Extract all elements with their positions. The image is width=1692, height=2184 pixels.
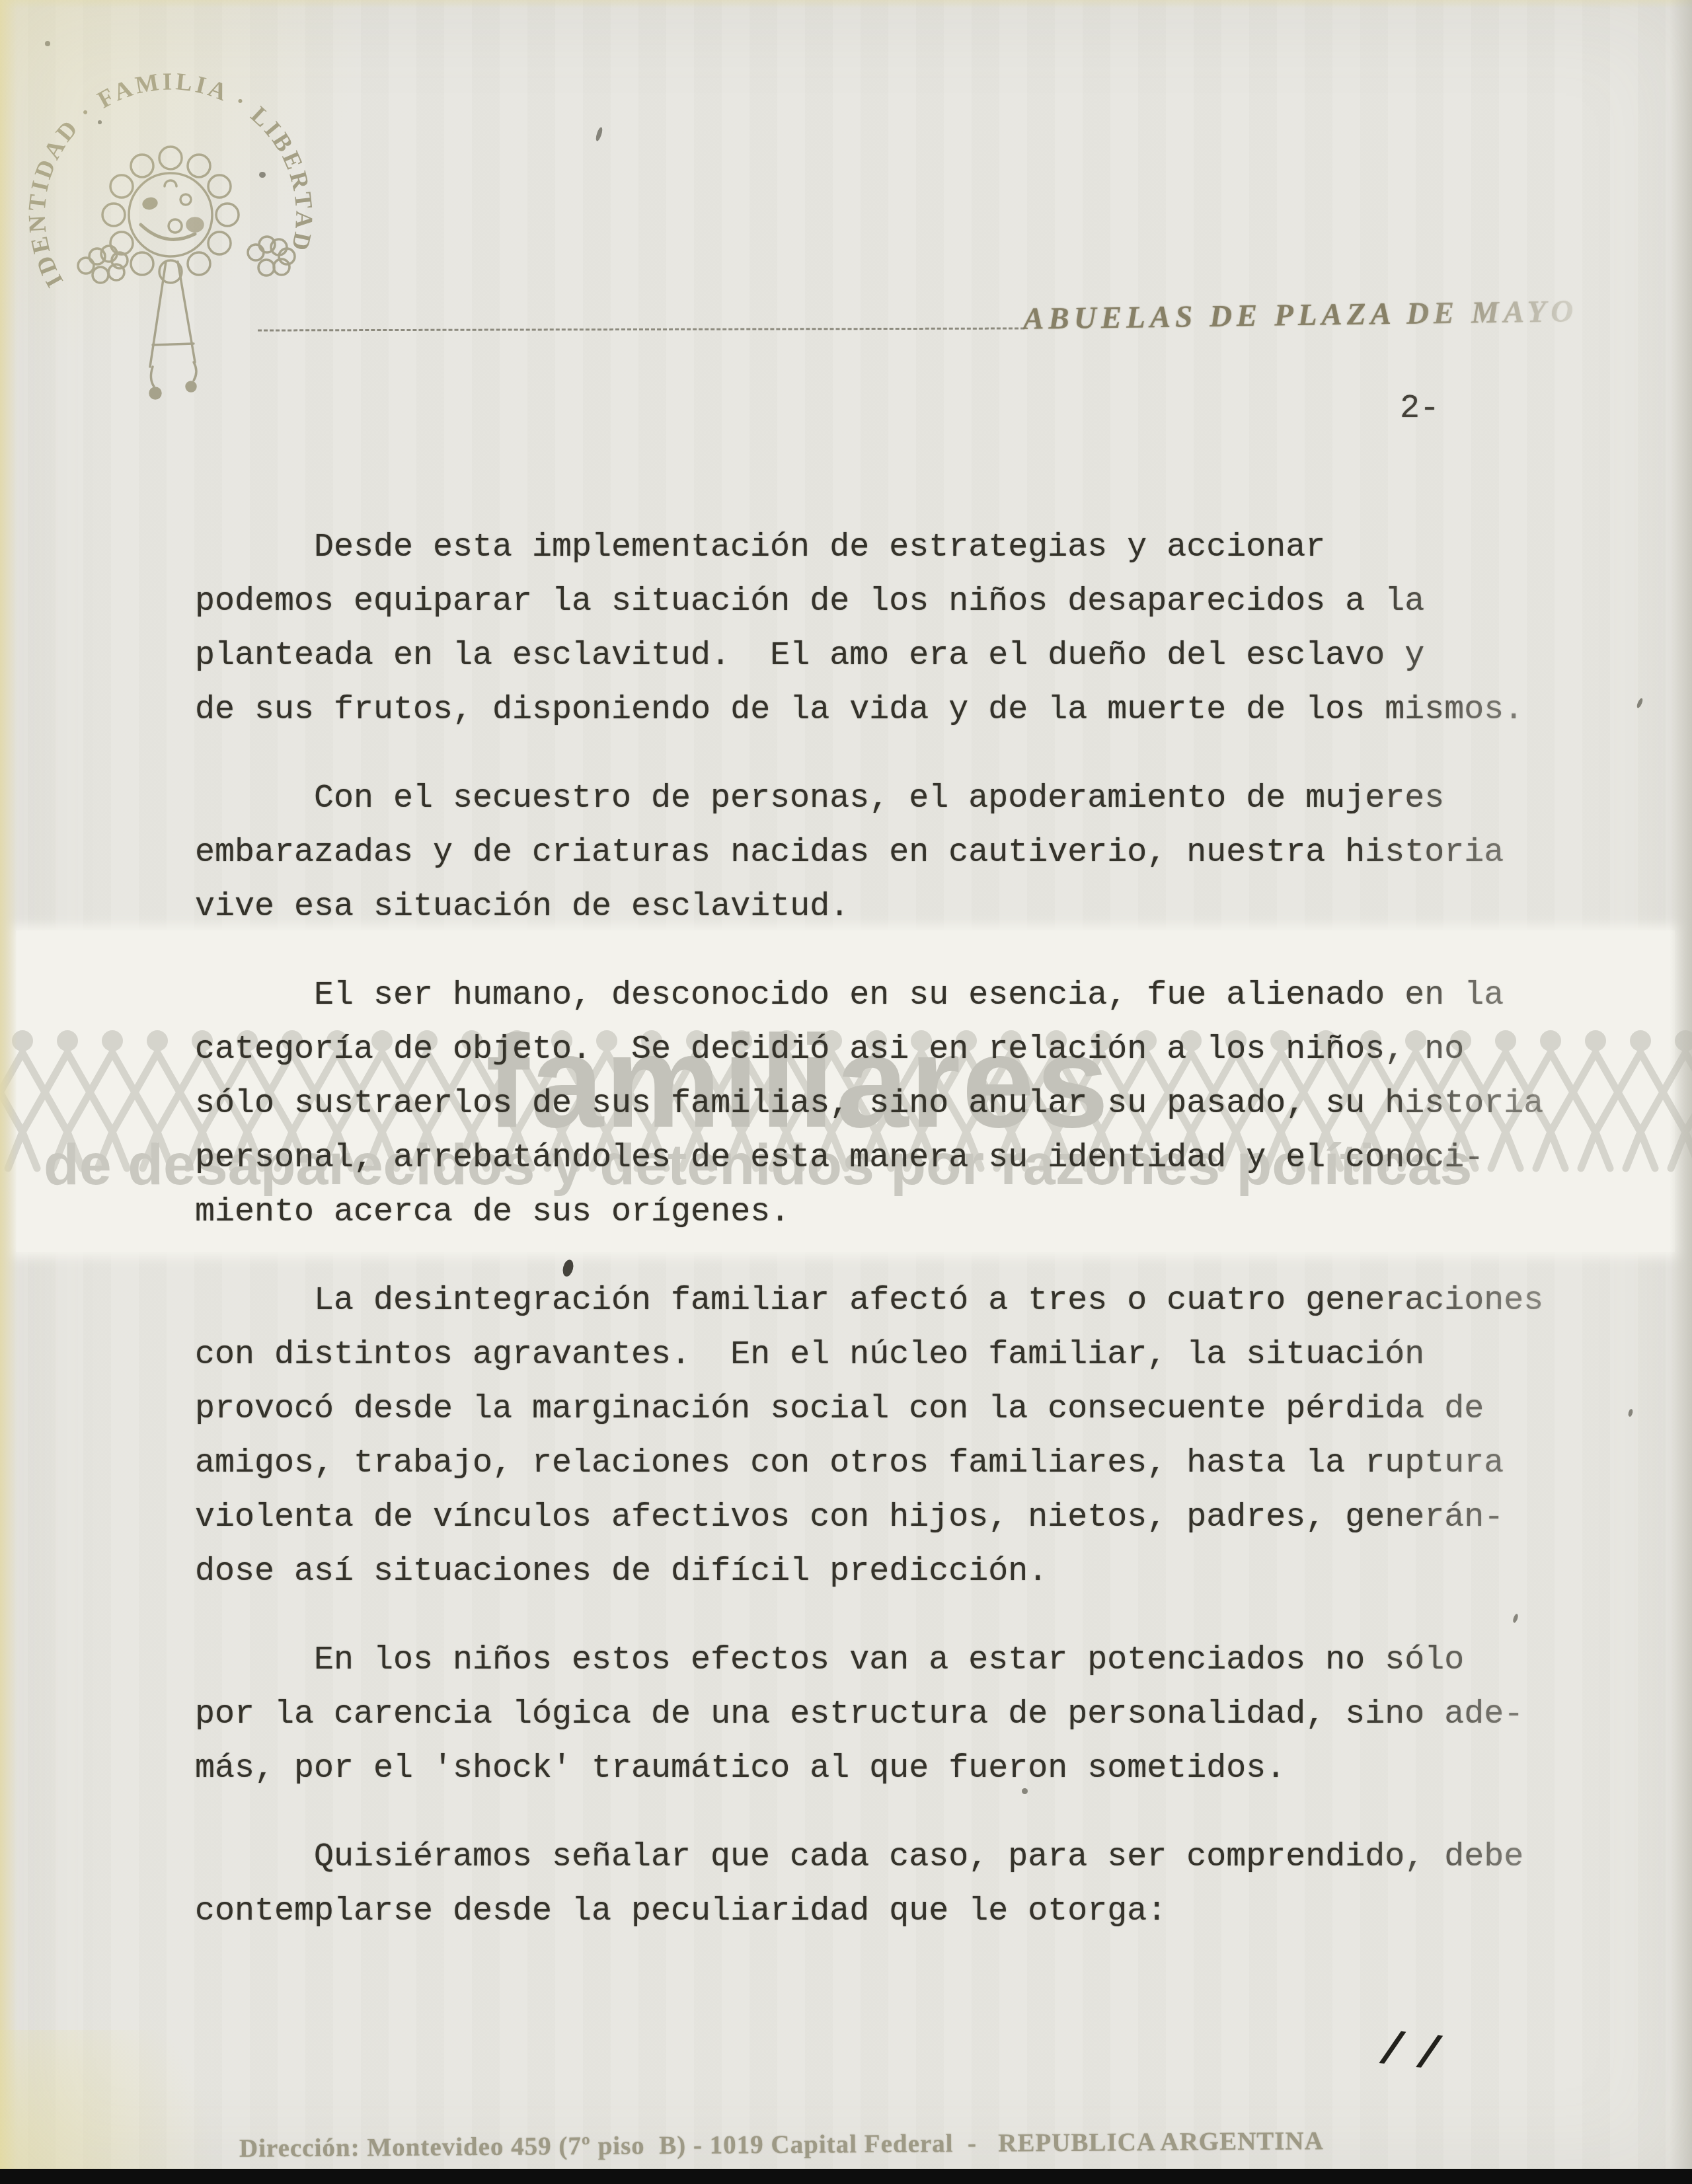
paragraph: La desintegración familiar afectó a tres… [195,1274,1675,1599]
typewritten-line: En los niños estos efectos van a estar p… [195,1634,1675,1688]
scanned-document-page: familiares de desaparecidos y detenidos … [0,0,1692,2184]
typewritten-line: podemos equiparar la situación de los ni… [195,575,1675,629]
footer-address-stamp: Dirección: Montevideo 459 (7º piso B) - … [239,2126,1324,2163]
ink-speck [1022,1788,1028,1794]
typewritten-line: amigos, trabajo, relaciones con otros fa… [195,1437,1675,1491]
typewritten-line: dose así situaciones de difícil predicci… [195,1545,1675,1599]
typewritten-line: Con el secuestro de personas, el apodera… [195,772,1675,826]
ink-speck [259,172,266,178]
typewritten-line: más, por el 'shock' traumático al que fu… [195,1742,1675,1796]
typewritten-line: Quisiéramos señalar que cada caso, para … [195,1830,1675,1885]
paragraph: Desde esta implementación de estrategias… [195,521,1675,737]
typewritten-line: embarazadas y de criaturas nacidas en ca… [195,826,1675,880]
typewritten-text: Desde esta implementación de estrategias… [195,521,1675,1973]
typewritten-line: por la carencia lógica de una estructura… [195,1688,1675,1742]
typewritten-line: de sus frutos, disponiendo de la vida y … [195,683,1675,737]
ink-speck [98,120,102,124]
handwritten-slashes: // [1375,2025,1455,2084]
typewritten-line: violenta de vínculos afectivos con hijos… [195,1491,1675,1545]
organization-header-stamp: ABUELAS DE PLAZA DE MAYO [1023,293,1578,337]
paragraph: Con el secuestro de personas, el apodera… [195,772,1675,934]
typewritten-line: contemplarse desde la peculiaridad que l… [195,1885,1675,1939]
page-number: 2- [1400,390,1440,428]
scan-edge-top [0,0,1692,9]
ink-speck [45,41,50,46]
paragraph: Quisiéramos señalar que cada caso, para … [195,1830,1675,1939]
typewritten-line: miento acerca de sus orígenes. [195,1186,1675,1240]
identity-familia-libertad-stamp: IDENTIDAD · FAMILIA · LIBERTAD [23,33,334,443]
typewritten-line: vive esa situación de esclavitud. [195,880,1675,934]
header-dashed-line [258,327,1024,331]
typewritten-line: sólo sustraerlos de sus familias, sino a… [195,1077,1675,1131]
scan-corner-bottom-left [0,2030,251,2169]
child-drawing [78,147,295,398]
ink-speck [595,126,603,141]
typewritten-line: planteada en la esclavitud. El amo era e… [195,629,1675,683]
typewritten-line: con distintos agravantes. En el núcleo f… [195,1328,1675,1382]
typewritten-line: categoría de objeto. Se decidió asi en r… [195,1023,1675,1077]
paragraph: El ser humano, desconocido en su esencia… [195,969,1675,1240]
typewritten-line: Desde esta implementación de estrategias… [195,521,1675,575]
typewritten-line: La desintegración familiar afectó a tres… [195,1274,1675,1328]
paragraph: En los niños estos efectos van a estar p… [195,1634,1675,1796]
scan-edge-bar [0,2169,1692,2184]
typewritten-line: personal, arrebatándoles de esta manera … [195,1131,1675,1186]
typewritten-line: provocó desde la marginación social con … [195,1382,1675,1437]
typewritten-line: El ser humano, desconocido en su esencia… [195,969,1675,1023]
